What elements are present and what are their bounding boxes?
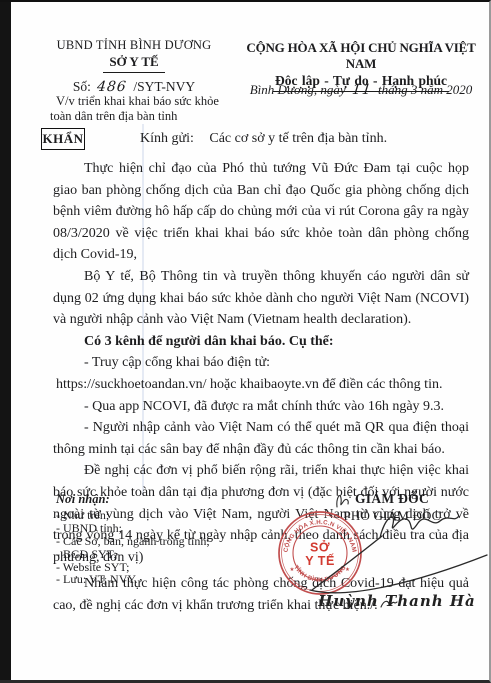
paragraph-2: Bộ Y tế, Bộ Thông tin và truyền thông kh… bbox=[53, 266, 469, 331]
bullet-3: - Người nhập cảnh vào Việt Nam có thể qu… bbox=[53, 417, 469, 460]
number-suffix: /SYT-NVY bbox=[133, 79, 195, 94]
bullet-2: - Qua app NCOVI, đã được ra mắt chính th… bbox=[53, 396, 469, 418]
bullet-1: - Truy cập cổng khai báo điện tử: bbox=[53, 352, 469, 374]
issuing-org-block: UBND TỈNH BÌNH DƯƠNG SỞ Y TẾ bbox=[38, 38, 230, 73]
distribution-item: - BGĐ SYT; bbox=[56, 548, 210, 561]
distribution-item: - Các Sở, ban, ngành trong tỉnh; bbox=[56, 535, 210, 548]
org-name: SỞ Y TẾ bbox=[103, 53, 164, 73]
subject-block: V/v triển khai khai báo sức khỏe toàn dâ… bbox=[50, 94, 240, 123]
distribution-item: - Như trên; bbox=[56, 509, 210, 522]
paragraph-3-bold: Có 3 kênh để người dân khai báo. Cụ thể: bbox=[53, 331, 469, 353]
signer-name: Huỳnh Thanh Hà bbox=[312, 592, 482, 610]
bullet-1-url: https://suckhoetoandan.vn/ hoặc khaibaoy… bbox=[53, 374, 469, 396]
scanned-official-letter: UBND TỈNH BÌNH DƯƠNG SỞ Y TẾ CỘNG HÒA XÃ… bbox=[0, 0, 491, 683]
distribution-list: Nơi nhận: - Như trên; - UBND tỉnh; - Các… bbox=[56, 493, 210, 586]
distribution-label: Nơi nhận: bbox=[56, 493, 210, 506]
distribution-item: - UBND tỉnh; bbox=[56, 522, 210, 535]
country-name: CỘNG HÒA XÃ HỘI CHỦ NGHĨA VIỆT NAM bbox=[236, 40, 486, 72]
recipient-line: Kính gửi: Các cơ sở y tế trên địa bàn tỉ… bbox=[140, 131, 387, 147]
number-label: Số: bbox=[73, 79, 91, 94]
number-handwritten: 486 bbox=[96, 79, 127, 95]
scan-edge-strip bbox=[0, 2, 11, 683]
place-date-prefix: Bình Dương, ngày bbox=[250, 82, 346, 97]
org-parent-name: UBND TỈNH BÌNH DƯƠNG bbox=[38, 38, 230, 53]
subject-line-1: V/v triển khai khai báo sức khỏe bbox=[50, 94, 240, 109]
day-handwritten: 11 bbox=[351, 82, 373, 98]
paragraph-1: Thực hiện chỉ đạo của Phó thủ tướng Vũ Đ… bbox=[53, 158, 469, 266]
document-number: Số: 486 /SYT-NVY bbox=[38, 79, 230, 95]
place-date-line: Bình Dương, ngày 11 tháng 3 năm 2020 bbox=[236, 82, 486, 98]
urgency-badge: KHẨN bbox=[41, 128, 85, 150]
subject-line-2: toàn dân trên địa bàn tỉnh bbox=[50, 109, 240, 124]
date-suffix: tháng 3 năm 2020 bbox=[378, 82, 472, 97]
distribution-item: - Lưu: VT, NVY. bbox=[56, 573, 210, 586]
recipient-value: Các cơ sở y tế trên địa bàn tỉnh. bbox=[209, 131, 387, 146]
recipient-label: Kính gửi: bbox=[140, 131, 194, 146]
